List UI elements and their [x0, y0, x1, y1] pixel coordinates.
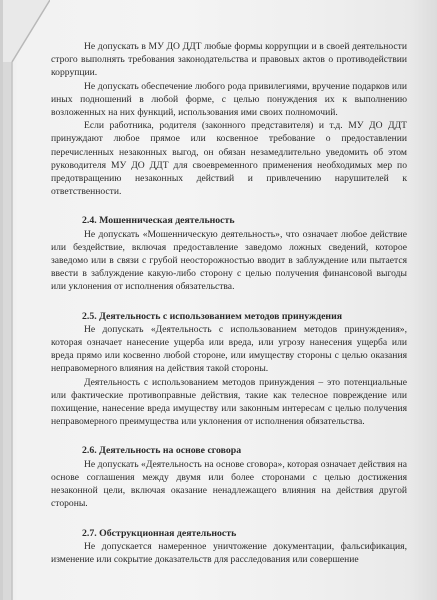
section-heading-2-6: 2.6. Деятельность на основе сговора: [51, 444, 407, 457]
document-body: Не допускать в МУ ДО ДДТ любые формы кор…: [51, 40, 407, 566]
paragraph-obstruction: Не допускается намеренное уничтожение до…: [51, 540, 407, 566]
scanned-page: Не допускать в МУ ДО ДДТ любые формы кор…: [0, 0, 437, 600]
section-heading-2-4: 2.4. Мошенническая деятельность: [51, 214, 407, 227]
paragraph-collusion: Не допускать «Деятельность на основе сго…: [51, 458, 407, 511]
paragraph-reporting: Если работника, родителя (законного пред…: [51, 119, 407, 198]
section-heading-2-7: 2.7. Обструкционная деятельность: [51, 527, 407, 540]
paragraph-anticorruption: Не допускать в МУ ДО ДДТ любые формы кор…: [51, 40, 407, 80]
paragraph-privileges: Не допускать обеспечение любого рода при…: [51, 80, 407, 120]
paragraph-coercion-definition: Деятельность с использованием методов пр…: [51, 376, 407, 429]
folded-page-edge: [0, 0, 50, 600]
paragraph-coercion: Не допускать «Деятельность с использован…: [51, 323, 407, 376]
paragraph-fraud: Не допускать «Мошенническую деятельность…: [51, 228, 407, 294]
section-heading-2-5: 2.5. Деятельность с использованием метод…: [51, 310, 407, 323]
